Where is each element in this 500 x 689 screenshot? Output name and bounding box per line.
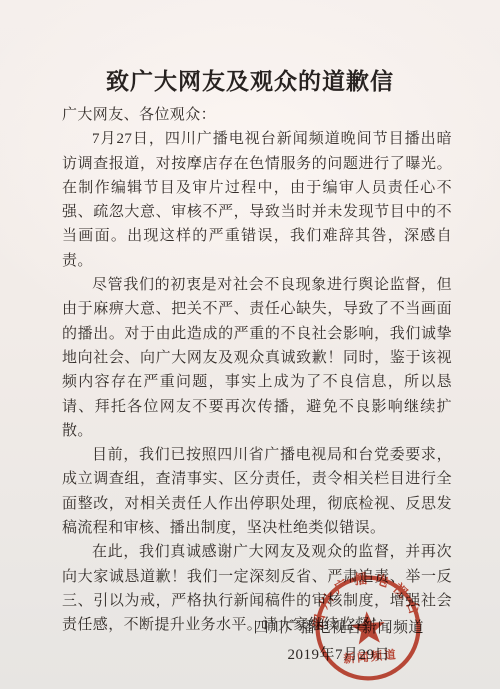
page-title: 致广大网友及观众的道歉信 bbox=[0, 63, 500, 96]
letter-paragraph-3: 目前，我们已按照四川省广播电视局和台党委要求，成立调查组，查清事实、区分责任，责… bbox=[62, 443, 452, 540]
seal-bottom-text: 新闻频道 bbox=[343, 647, 398, 666]
official-seal: 四川广播电视台 新闻频道 bbox=[307, 567, 428, 688]
letter-paragraph-2: 尽管我们的初衷是对社会不良现象进行舆论监督，但由于麻痹大意、把关不严、责任心缺失… bbox=[62, 273, 452, 443]
seal-star-icon bbox=[350, 610, 387, 645]
letter-paragraph-1: 7月27日，四川广播电视台新闻频道晚间节目播出暗访调查报道，对按摩店存在色情服务… bbox=[62, 127, 452, 273]
letter-body: 广大网友、各位观众： 7月27日，四川广播电视台新闻频道晚间节目播出暗访调查报道… bbox=[62, 103, 452, 638]
salutation: 广大网友、各位观众： bbox=[62, 103, 452, 127]
apology-letter-document: 致广大网友及观众的道歉信 广大网友、各位观众： 7月27日，四川广播电视台新闻频… bbox=[0, 0, 500, 689]
